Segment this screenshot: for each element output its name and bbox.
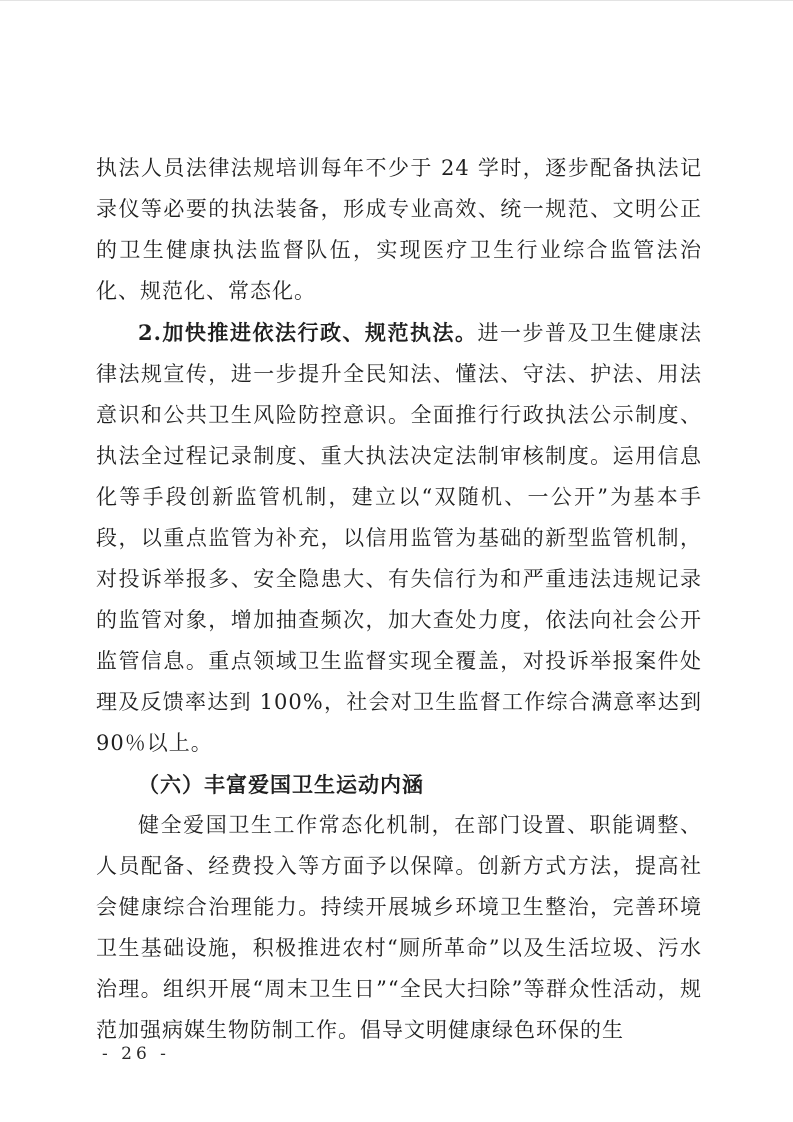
paragraph-text: 健全爱国卫生工作常态化机制，在部门设置、职能调整、人员配备、经费投入等方面予以保… (96, 813, 702, 1042)
page-number: - 26 - (102, 1044, 170, 1064)
paragraph-text: 进一步普及卫生健康法律法规宣传，进一步提升全民知法、懂法、守法、护法、用法意识和… (96, 321, 702, 755)
paragraph-numbered-item: 2.加快推进依法行政、规范执法。进一步普及卫生健康法律法规宣传，进一步提升全民知… (96, 312, 702, 764)
section-heading: （六）丰富爱国卫生运动内涵 (96, 764, 702, 805)
paragraph-body: 健全爱国卫生工作常态化机制，在部门设置、职能调整、人员配备、经费投入等方面予以保… (96, 805, 702, 1051)
section-heading-text: （六）丰富爱国卫生运动内涵 (138, 772, 424, 797)
page-number-text: - 26 - (102, 1044, 170, 1064)
paragraph-bold-lead: 2.加快推进依法行政、规范执法。 (138, 320, 477, 345)
page-content: 执法人员法律法规培训每年不少于 24 学时，逐步配备执法记录仪等必要的执法装备，… (96, 148, 702, 1051)
scan-edge-line (0, 0, 793, 1)
paragraph-text: 执法人员法律法规培训每年不少于 24 学时，逐步配备执法记录仪等必要的执法装备，… (96, 156, 702, 303)
paragraph-continuation: 执法人员法律法规培训每年不少于 24 学时，逐步配备执法记录仪等必要的执法装备，… (96, 148, 702, 312)
